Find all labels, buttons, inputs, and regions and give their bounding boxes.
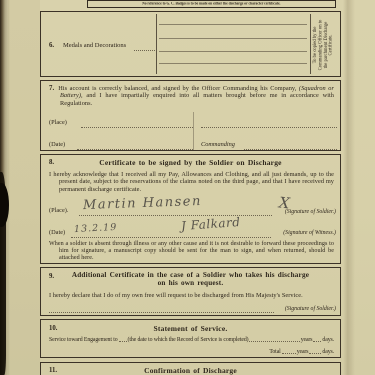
section-11-confirmation: 11. Confirmation of Discharge — [40, 362, 341, 375]
section-6-medals: 6. Medals and Decorations To be copied b… — [40, 11, 341, 77]
section-7-text-cont: , and I have impartially enquired into a… — [60, 92, 334, 106]
section-9-additional-certificate: 9. Additional Certificate in the case of… — [40, 267, 341, 316]
paper-crease — [343, 0, 355, 375]
dotted-line — [282, 347, 296, 354]
commanding-label: Commanding — [201, 141, 235, 148]
total-days-label: days. — [322, 349, 334, 355]
place-label: (Place). — [49, 207, 68, 214]
signature-of-witness-label: (Signature of Witness.) — [283, 230, 336, 236]
medals-divider — [156, 14, 157, 74]
medals-label: Medals and Decorations — [63, 42, 126, 49]
column-divider — [193, 112, 194, 151]
medal-entry-line — [159, 38, 307, 39]
signature-of-soldier-label: (Signature of Soldier.) — [285, 209, 336, 215]
dotted-line — [49, 305, 274, 313]
dotted-line — [77, 142, 193, 150]
section-9-title-line1: Additional Certificate in the case of a … — [41, 271, 340, 279]
date-label: (Date) — [49, 141, 65, 148]
dotted-line — [309, 347, 321, 354]
section-8-certificate: 8. Certificate to be signed by the Soldi… — [40, 154, 341, 264]
signature-of-soldier-label: (Signature of Soldier.) — [285, 306, 336, 312]
section-10-statement-of-service: 10. Statement of Service. Service toward… — [40, 319, 341, 358]
medal-entry-line — [159, 63, 307, 64]
total-years-label: years — [297, 349, 309, 355]
dotted-line — [244, 142, 337, 150]
place-label: (Place) — [49, 119, 67, 126]
dotted-line — [201, 120, 337, 128]
section-7-paragraph: 7.His account is correctly balanced, and… — [49, 85, 334, 107]
service-mid-text: (the date to which the Record of Service… — [128, 337, 249, 343]
discharge-form-page: No reference to G. C. Badges is to be ma… — [0, 0, 375, 375]
section-8-paragraph: I hereby acknowledge that I received all… — [49, 171, 334, 193]
dotted-line — [249, 335, 299, 342]
service-pre-text: Service toward Engagement to — [49, 337, 118, 343]
medal-entry-line — [159, 24, 307, 25]
section-8-note: When a soldier is absent through illness… — [49, 241, 334, 263]
years-label: years — [301, 337, 313, 343]
section-6-number: 6. — [49, 42, 54, 49]
top-notice-text: No reference to G. C. Badges is to be ma… — [142, 2, 280, 6]
section-7-number: 7. — [49, 85, 54, 92]
service-total-row: Total years days. — [191, 347, 334, 355]
dotted-line — [81, 120, 193, 128]
handwritten-date-value: 13.2.19 — [74, 222, 118, 235]
section-10-title: Statement of Service. — [41, 324, 340, 333]
side-note-vertical: To be copied by the Commanding Officer o… — [313, 18, 340, 73]
dotted-line — [134, 43, 155, 51]
top-notice-box: No reference to G. C. Badges is to be ma… — [87, 0, 336, 8]
side-note-divider — [310, 14, 311, 74]
section-7-text: His account is correctly balanced, and s… — [58, 85, 299, 92]
section-9-title-line2: on his own request. — [41, 279, 340, 287]
medal-entry-line — [159, 51, 307, 52]
section-7-account: 7.His account is correctly balanced, and… — [40, 80, 341, 151]
total-label: Total — [269, 349, 280, 355]
section-8-title: Certificate to be signed by the Soldier … — [41, 158, 340, 167]
service-engagement-row: Service toward Engagement to (the date t… — [49, 335, 334, 343]
date-label: (Date) — [49, 229, 65, 236]
left-margin-strip — [8, 0, 40, 375]
section-9-paragraph: I hereby declare that I do of my own fre… — [49, 292, 334, 299]
days-label: days. — [322, 337, 334, 343]
dotted-line — [119, 335, 127, 342]
section-11-title: Confirmation of Discharge — [41, 366, 340, 375]
dotted-line — [313, 335, 321, 342]
